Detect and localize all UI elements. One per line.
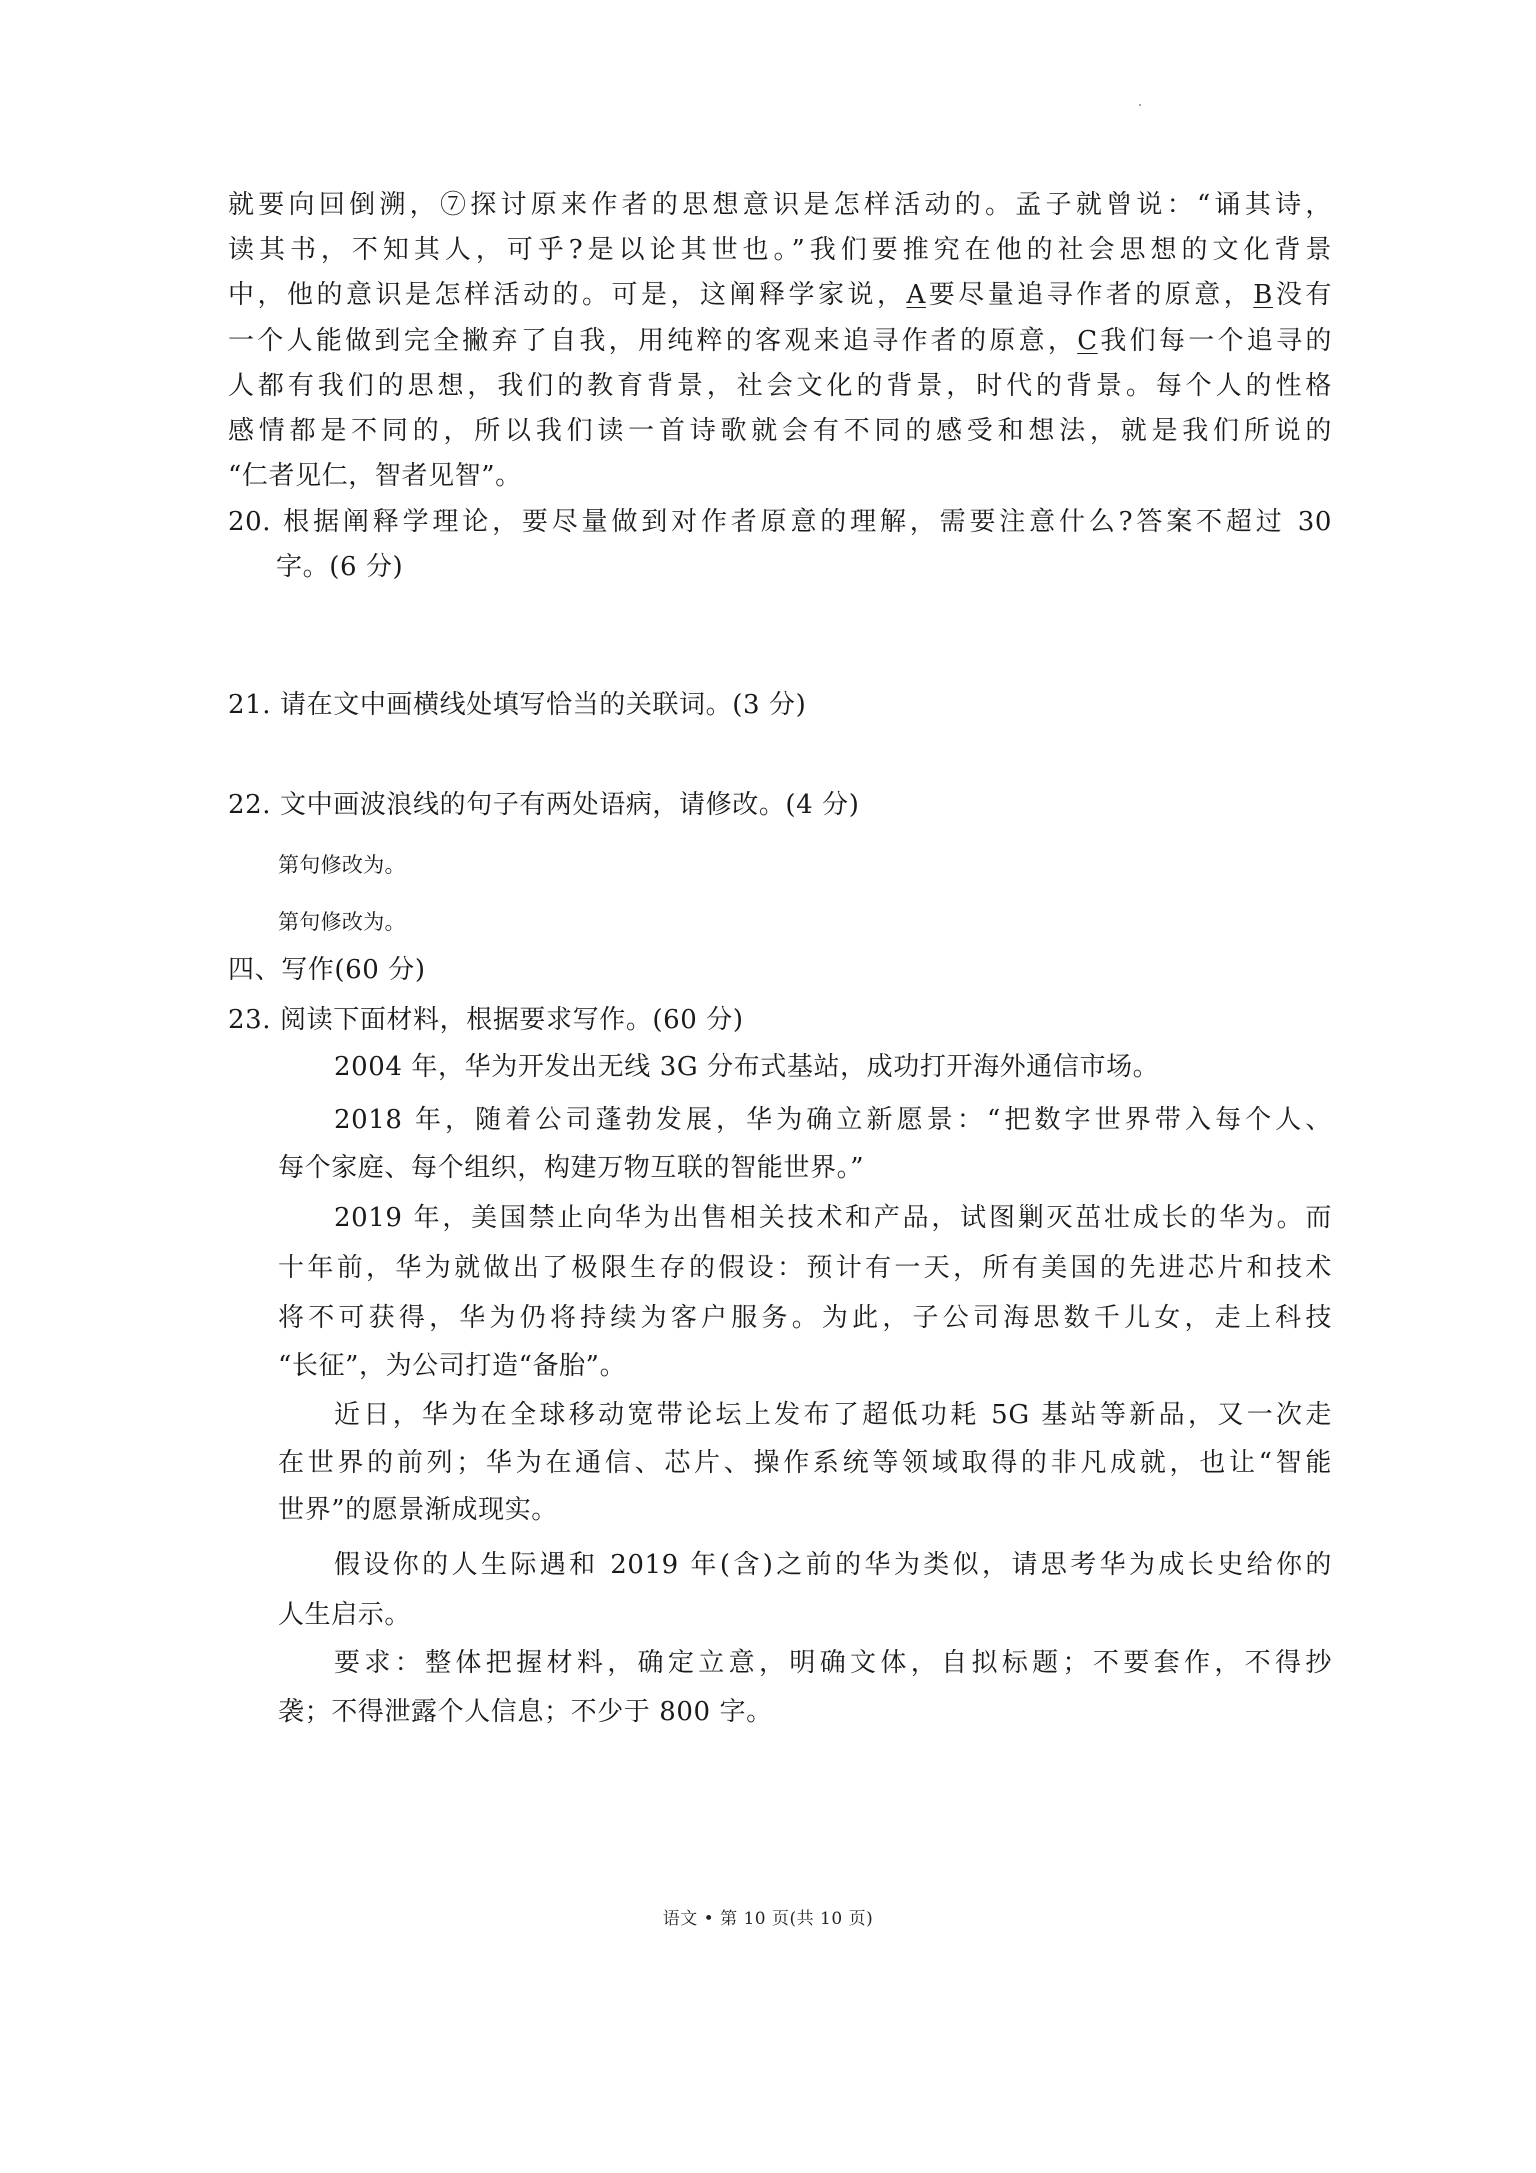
material-line-2: 2018 年，随着公司蓬勃发展，华为确立新愿景：“把数字世界带入每个人、 [334,1105,1332,1135]
material-line-12: 人生启示。 [278,1600,411,1630]
passage-line-1: 就要向回倒溯，⑦探讨原来作者的思想意识是怎样活动的。孟子就曾说：“诵其诗， [228,190,1332,220]
passage-line-2: 读其书，不知其人，可乎?是以论其世也。”我们要推究在他的社会思想的文化背景 [228,235,1332,265]
blank-a: A [906,280,925,310]
material-line-6: 将不可获得，华为仍将持续为客户服务。为此，子公司海思数千儿女，走上科技 [278,1303,1332,1333]
material-line-11: 假设你的人生际遇和 2019 年(含)之前的华为类似，请思考华为成长史给你的 [334,1550,1332,1580]
material-line-8: 近日，华为在全球移动宽带论坛上发布了超低功耗 5G 基站等新品，又一次走 [334,1400,1332,1430]
question-22-answer-2[interactable]: 第句修改为。 [278,907,406,937]
passage-line-3: 中，他的意识是怎样活动的。可是，这阐释学家说，A要尽量追寻作者的原意，B没有 [228,280,1332,310]
material-line-9: 在世界的前列；华为在通信、芯片、操作系统等领域取得的非凡成就，也让“智能 [278,1448,1332,1478]
scan-speck [1139,104,1141,106]
question-21: 21. 请在文中画横线处填写恰当的关联词。(3 分) [228,690,806,720]
blank-c: C [1077,326,1098,356]
material-line-1: 2004 年，华为开发出无线 3G 分布式基站，成功打开海外通信市场。 [334,1052,1159,1082]
passage-line-5: 人都有我们的思想，我们的教育背景，社会文化的背景，时代的背景。每个人的性格 [228,371,1332,401]
blank-b: B [1253,280,1273,310]
passage-line-7: “仁者见仁，智者见智”。 [228,461,522,491]
requirements-line-2: 袭；不得泄露个人信息；不少于 800 字。 [278,1697,773,1727]
question-20: 20. 根据阐释学理论，要尽量做到对作者原意的理解，需要注意什么?答案不超过 3… [228,507,1332,537]
requirements-line-1: 要求：整体把握材料，确定立意，明确文体，自拟标题；不要套作，不得抄 [334,1648,1332,1678]
material-line-5: 十年前，华为就做出了极限生存的假设：预计有一天，所有美国的先进芯片和技术 [278,1253,1332,1283]
exam-page: 就要向回倒溯，⑦探讨原来作者的思想意识是怎样活动的。孟子就曾说：“诵其诗， 读其… [0,0,1536,2173]
passage-line-6: 感情都是不同的，所以我们读一首诗歌就会有不同的感受和想法，就是我们所说的 [228,416,1332,446]
material-line-10: 世界”的愿景渐成现实。 [278,1495,558,1525]
question-22-answer-1[interactable]: 第句修改为。 [278,850,406,880]
question-23: 23. 阅读下面材料，根据要求写作。(60 分) [228,1005,744,1035]
question-20-cont: 字。(6 分) [276,552,403,582]
page-footer: 语文 • 第 10 页(共 10 页) [0,1904,1536,1929]
section-four-heading: 四、写作(60 分) [228,955,426,985]
passage-line-4: 一个人能做到完全撇弃了自我，用纯粹的客观来追寻作者的原意，C我们每一个追寻的 [228,326,1332,356]
material-line-4: 2019 年，美国禁止向华为出售相关技术和产品，试图剿灭茁壮成长的华为。而 [334,1203,1332,1233]
question-22: 22. 文中画波浪线的句子有两处语病，请修改。(4 分) [228,790,860,820]
material-line-7: “长征”，为公司打造“备胎”。 [278,1351,626,1381]
material-line-3: 每个家庭、每个组织，构建万物互联的智能世界。” [278,1153,864,1183]
